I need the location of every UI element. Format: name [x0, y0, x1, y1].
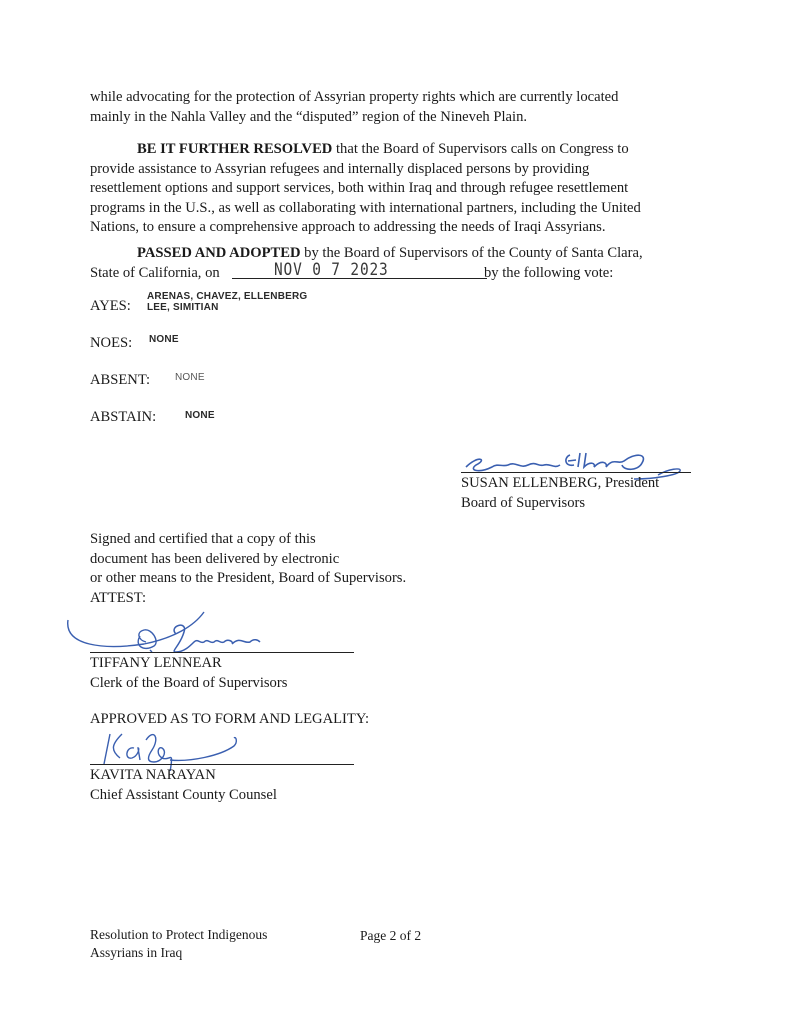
vote-absent-label: ABSENT: [90, 371, 150, 391]
para2-line: Nations, to ensure a comprehensive appro… [90, 218, 641, 238]
vote-abstain-label: ABSTAIN: [90, 408, 156, 428]
president-name-title: SUSAN ELLENBERG, President [461, 474, 659, 494]
footer-doc-title: Resolution to Protect Indigenous Assyria… [90, 926, 267, 962]
paragraph-continuation: while advocating for the protection of A… [90, 88, 618, 127]
para2-line: resettlement options and support service… [90, 179, 641, 199]
para1-line: mainly in the Nahla Valley and the “disp… [90, 108, 618, 128]
vote-noes-value: NONE [149, 334, 179, 345]
certification-line: Signed and certified that a copy of this [90, 530, 406, 550]
para3-suffix: by the following vote: [484, 264, 613, 284]
para2-line: programs in the U.S., as well as collabo… [90, 199, 641, 219]
certification-line: or other means to the President, Board o… [90, 569, 406, 589]
certification-line: document has been delivered by electroni… [90, 550, 406, 570]
president-body: Board of Supervisors [461, 494, 585, 514]
certification-block: Signed and certified that a copy of this… [90, 530, 406, 608]
counsel-name: KAVITA NARAYAN [90, 766, 216, 786]
vote-ayes-values: ARENAS, CHAVEZ, ELLENBERG LEE, SIMITIAN [147, 291, 307, 313]
clerk-title: Clerk of the Board of Supervisors [90, 674, 287, 694]
further-resolved-heading: BE IT FURTHER RESOLVED [137, 141, 332, 157]
ayes-line: ARENAS, CHAVEZ, ELLENBERG [147, 291, 307, 302]
vote-absent-value: NONE [175, 372, 205, 383]
para2-line: provide assistance to Assyrian refugees … [90, 160, 641, 180]
footer-title-line: Resolution to Protect Indigenous [90, 926, 267, 944]
para2-text: that the Board of Supervisors calls on C… [332, 141, 628, 157]
clerk-signature-line [90, 652, 354, 653]
vote-abstain-value: NONE [185, 410, 215, 421]
clerk-name: TIFFANY LENNEAR [90, 654, 222, 674]
para3-prefix: State of California, on [90, 265, 220, 281]
vote-noes-label: NOES: [90, 334, 132, 354]
footer-title-line: Assyrians in Iraq [90, 944, 267, 962]
president-signature-line [461, 472, 691, 473]
counsel-title: Chief Assistant County Counsel [90, 786, 277, 806]
ayes-line: LEE, SIMITIAN [147, 302, 307, 313]
further-resolved-paragraph: BE IT FURTHER RESOLVED that the Board of… [90, 140, 641, 238]
vote-ayes-label: AYES: [90, 297, 131, 317]
para1-line: while advocating for the protection of A… [90, 88, 618, 108]
page-number: Page 2 of 2 [360, 926, 421, 946]
counsel-signature-line [90, 764, 354, 765]
date-underline [232, 278, 487, 279]
